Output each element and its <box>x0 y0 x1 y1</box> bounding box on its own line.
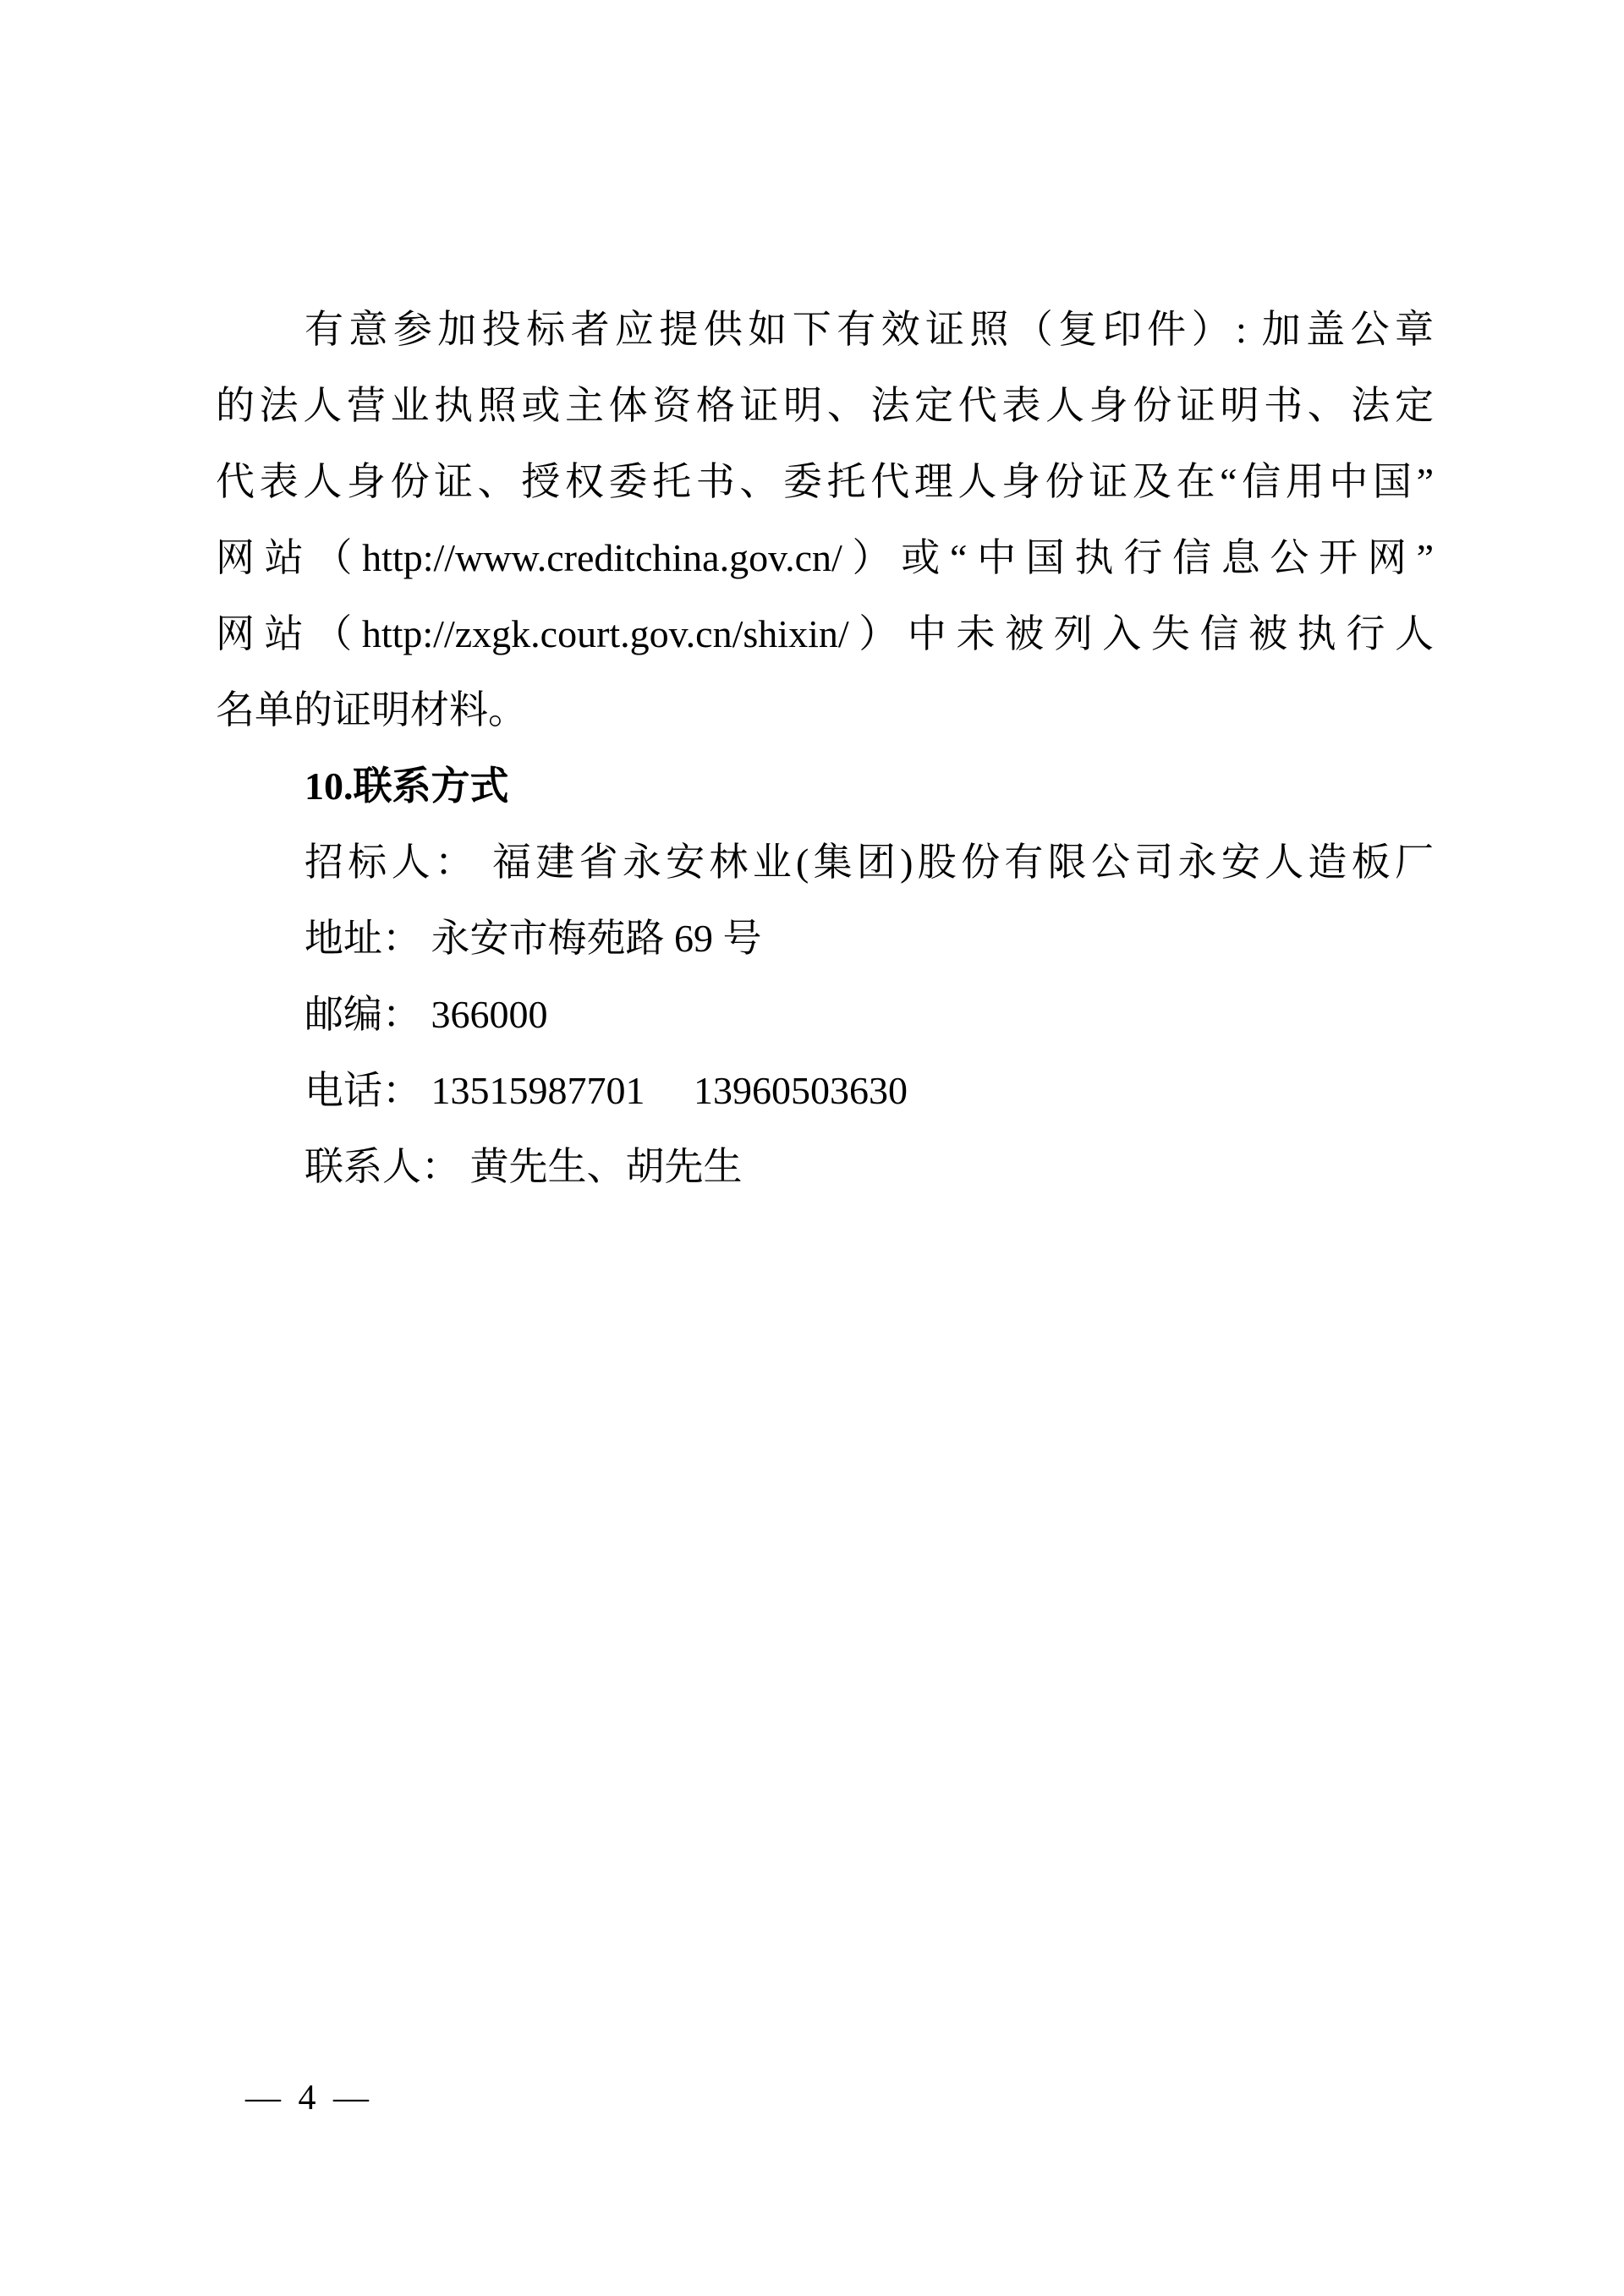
intro-paragraph-line-5: 网站（http://zxgk.court.gov.cn/shixin/）中未被列… <box>216 596 1434 672</box>
intro-paragraph-line-3: 代表人身份证、授权委托书、委托代理人身份证及在“信用中国” <box>216 444 1434 520</box>
page-footer: — 4 — <box>245 2074 373 2123</box>
intro-paragraph-line-1: 有意参加投标者应提供如下有效证照（复印件）: 加盖公章 <box>216 292 1434 368</box>
contact-person-line: 联系人： 黄先生、胡先生 <box>216 1129 1434 1205</box>
bidder-line: 招标人： 福建省永安林业(集团)股份有限公司永安人造板厂 <box>216 825 1434 901</box>
intro-paragraph-line-2: 的法人营业执照或主体资格证明、法定代表人身份证明书、法定 <box>216 368 1434 444</box>
postcode-line: 邮编： 366000 <box>216 977 1434 1053</box>
page-number: — 4 — <box>245 2079 373 2118</box>
intro-paragraph-line-4: 网站（http://www.creditchina.gov.cn/）或“中国执行… <box>216 520 1434 596</box>
phone-line: 电话： 13515987701 13960503630 <box>216 1053 1434 1129</box>
address-line: 地址： 永安市梅苑路 69 号 <box>216 901 1434 977</box>
intro-paragraph-line-6: 名单的证明材料。 <box>216 672 1434 748</box>
page-body: 有意参加投标者应提供如下有效证照（复印件）: 加盖公章 的法人营业执照或主体资格… <box>216 292 1434 1205</box>
document-page: 有意参加投标者应提供如下有效证照（复印件）: 加盖公章 的法人营业执照或主体资格… <box>0 0 1624 2296</box>
contact-section-heading: 10.联系方式 <box>216 748 1434 825</box>
